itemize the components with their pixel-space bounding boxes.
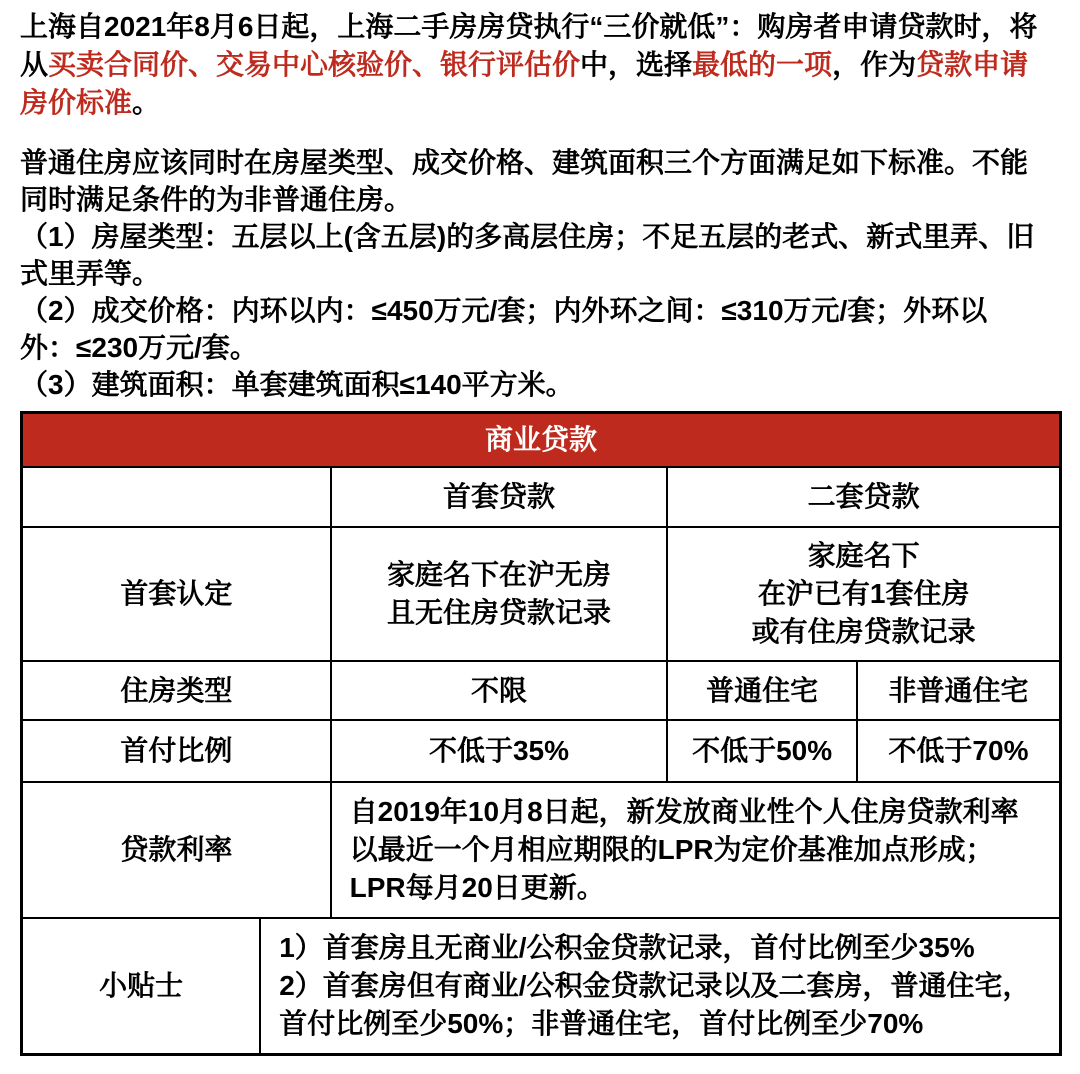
- first-loan-column-header: 首套贷款: [330, 468, 667, 526]
- ordinary-housing-standards: 普通住房应该同时在房屋类型、成交价格、建筑面积三个方面满足如下标准。不能同时满足…: [20, 144, 1040, 403]
- standards-item-transaction-price: （2）成交价格：内环以内：≤450万元/套；内外环之间：≤310万元/套；外环以…: [20, 292, 1040, 366]
- intro-text-end: 。: [132, 87, 160, 118]
- table-title: 商业贷款: [23, 414, 1059, 466]
- commercial-loan-table: 商业贷款 首套贷款 二套贷款 首套认定 家庭名下在沪无房 且无住房贷款记录 家庭…: [20, 411, 1062, 1056]
- second-loan-column-header: 二套贷款: [666, 468, 1059, 526]
- row-label-first-home-determination: 首套认定: [23, 528, 330, 660]
- row-label-housing-type: 住房类型: [23, 662, 330, 719]
- standards-item-floor-area: （3）建筑面积：单套建筑面积≤140平方米。: [20, 366, 1040, 403]
- row-label-tips: 小贴士: [23, 919, 259, 1053]
- first-home-determination-row: 首套认定 家庭名下在沪无房 且无住房贷款记录 家庭名下 在沪已有1套住房 或有住…: [23, 526, 1059, 660]
- intro-text-mid1: 中，选择: [580, 49, 692, 80]
- interest-rate-content-cell: 自2019年10月8日起，新发放商业性个人住房贷款利率以最近一个月相应期限的LP…: [330, 783, 1059, 917]
- interest-rate-row: 贷款利率 自2019年10月8日起，新发放商业性个人住房贷款利率以最近一个月相应…: [23, 781, 1059, 917]
- intro-red-price-list: 买卖合同价、交易中心核验价、银行评估价: [48, 49, 580, 80]
- housing-type-row: 住房类型 不限 普通住宅 非普通住宅: [23, 660, 1059, 719]
- housing-type-non-ordinary-cell: 非普通住宅: [856, 662, 1059, 719]
- tips-row: 小贴士 1）首套房且无商业/公积金贷款记录，首付比例至少35% 2）首套房但有商…: [23, 917, 1059, 1053]
- row-label-down-payment: 首付比例: [23, 721, 330, 781]
- table-title-row: 商业贷款: [23, 414, 1059, 466]
- first-home-determination-second-loan-cell: 家庭名下 在沪已有1套住房 或有住房贷款记录: [666, 528, 1059, 660]
- down-payment-ordinary-cell: 不低于50%: [666, 721, 856, 781]
- standards-item-housing-type: （1）房屋类型：五层以上(含五层)的多高层住房；不足五层的老式、新式里弄、旧式里…: [20, 218, 1040, 292]
- intro-text-mid2: ，作为: [832, 49, 916, 80]
- down-payment-row: 首付比例 不低于35% 不低于50% 不低于70%: [23, 719, 1059, 781]
- row-label-interest-rate: 贷款利率: [23, 783, 330, 917]
- down-payment-non-ordinary-cell: 不低于70%: [856, 721, 1059, 781]
- first-home-determination-first-loan-cell: 家庭名下在沪无房 且无住房贷款记录: [330, 528, 667, 660]
- intro-red-lowest-item: 最低的一项: [692, 49, 832, 80]
- page: 上海自2021年8月6日起，上海二手房房贷执行“三价就低”：购房者申请贷款时，将…: [0, 0, 1080, 1074]
- housing-type-first-loan-cell: 不限: [330, 662, 667, 719]
- table-column-header-row: 首套贷款 二套贷款: [23, 466, 1059, 526]
- standards-intro: 普通住房应该同时在房屋类型、成交价格、建筑面积三个方面满足如下标准。不能同时满足…: [20, 144, 1040, 218]
- down-payment-first-loan-cell: 不低于35%: [330, 721, 667, 781]
- housing-type-ordinary-cell: 普通住宅: [666, 662, 856, 719]
- intro-paragraph: 上海自2021年8月6日起，上海二手房房贷执行“三价就低”：购房者申请贷款时，将…: [20, 8, 1040, 122]
- corner-empty-cell: [23, 468, 330, 526]
- tips-content-cell: 1）首套房且无商业/公积金贷款记录，首付比例至少35% 2）首套房但有商业/公积…: [259, 919, 1059, 1053]
